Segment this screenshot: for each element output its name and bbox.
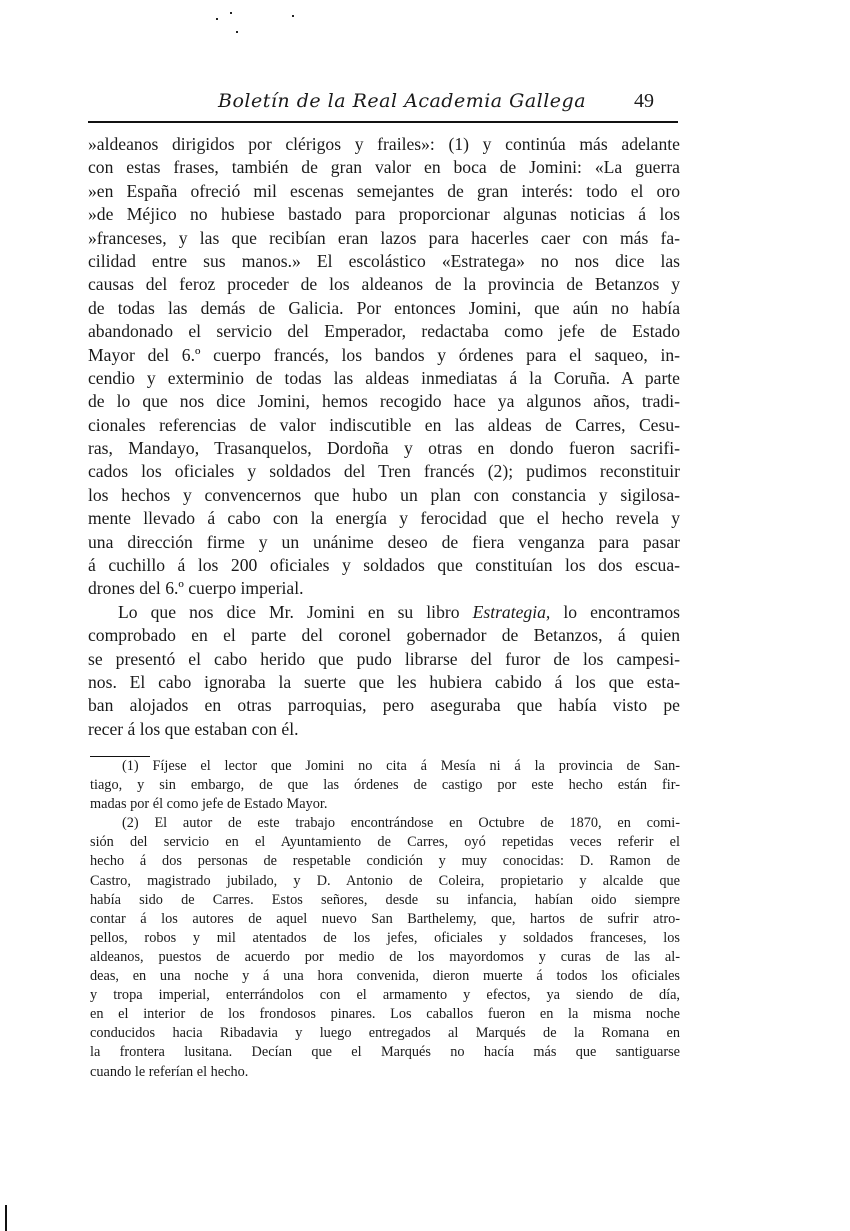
- footnote-line: Castro, magistrado jubilado, y D. Antoni…: [90, 872, 680, 891]
- text-line: Lo que nos dice Mr. Jomini en su libro E…: [88, 601, 680, 624]
- text-line: cendio y exterminio de todas las aldeas …: [88, 367, 680, 390]
- footnote-line: había sido de Carres. Estos señores, des…: [90, 891, 680, 910]
- text-line: de todas las demás de Galicia. Por enton…: [88, 297, 680, 320]
- footnote-line: cuando le referían el hecho.: [90, 1063, 680, 1082]
- footnote-line: madas por él como jefe de Estado Mayor.: [90, 795, 680, 814]
- text-line: á cuchillo á los 200 oficiales y soldado…: [88, 554, 680, 577]
- paragraph-2: Lo que nos dice Mr. Jomini en su libro E…: [88, 601, 680, 741]
- running-header: Boletín de la Real Academia Gallega 49: [88, 86, 678, 120]
- text-line: una dirección firme y un unánime deseo d…: [88, 531, 680, 554]
- text-line: »franceses, y las que recibían eran lazo…: [88, 227, 680, 250]
- text-line: causas del feroz proceder de los aldeano…: [88, 273, 680, 296]
- footnote-line: tiago, y sin embargo, de que las órdenes…: [90, 776, 680, 795]
- text-line: recer á los que estaban con él.: [88, 718, 680, 741]
- scan-margin-mark: [5, 1205, 7, 1231]
- header-rule: [88, 121, 678, 123]
- journal-title: Boletín de la Real Academia Gallega: [218, 90, 586, 112]
- text-line: ras, Mandayo, Trasanquelos, Dordoña y ot…: [88, 437, 680, 460]
- book-title: Estrategia,: [473, 602, 551, 622]
- text-run: Lo que nos dice Mr. Jomini en su libro: [118, 602, 473, 622]
- paragraph-1: »aldeanos dirigidos por clérigos y frail…: [88, 133, 680, 601]
- footnote-line: en el interior de los frondosos pinares.…: [90, 1005, 680, 1024]
- page-number: 49: [634, 90, 654, 113]
- scan-speck: [216, 18, 218, 20]
- footnote-line: la frontera lusitana. Decían que el Marq…: [90, 1043, 680, 1062]
- text-line: »de Méjico no hubiese bastado para propo…: [88, 203, 680, 226]
- text-line: comprobado en el parte del coronel gober…: [88, 624, 680, 647]
- text-line: abandonado el servicio del Emperador, re…: [88, 320, 680, 343]
- footnote-line: (2) El autor de este trabajo encontrándo…: [90, 814, 680, 833]
- footnote-1: (1) Fíjese el lector que Jomini no cita …: [90, 757, 680, 814]
- document-page: Boletín de la Real Academia Gallega 49 »…: [0, 0, 850, 1231]
- footnote-line: (1) Fíjese el lector que Jomini no cita …: [90, 757, 680, 776]
- body-text: »aldeanos dirigidos por clérigos y frail…: [88, 133, 680, 741]
- footnote-line: conducidos hacia Ribadavia y luego entre…: [90, 1024, 680, 1043]
- scan-speck: [230, 12, 232, 14]
- text-line: Mayor del 6.º cuerpo francés, los bandos…: [88, 344, 680, 367]
- footnotes: (1) Fíjese el lector que Jomini no cita …: [90, 757, 680, 1082]
- footnote-line: hecho á dos personas de respetable condi…: [90, 852, 680, 871]
- footnote-2: (2) El autor de este trabajo encontrándo…: [90, 814, 680, 1081]
- text-line: nos. El cabo ignoraba la suerte que les …: [88, 671, 680, 694]
- text-line: los hechos y convencernos que hubo un pl…: [88, 484, 680, 507]
- text-line: de lo que nos dice Jomini, hemos recogid…: [88, 390, 680, 413]
- scan-speck: [236, 31, 238, 33]
- text-line: mente llevado á cabo con la energía y fe…: [88, 507, 680, 530]
- text-line: cilidad entre sus manos.» El escolástico…: [88, 250, 680, 273]
- footnote-line: deas, en una noche y á una hora convenid…: [90, 967, 680, 986]
- text-run: lo encontramos: [550, 602, 680, 622]
- footnote-line: sión del servicio en el Ayuntamiento de …: [90, 833, 680, 852]
- footnote-line: y tropa imperial, enterrándolos con el a…: [90, 986, 680, 1005]
- text-line: drones del 6.º cuerpo imperial.: [88, 577, 680, 600]
- text-line: con estas frases, también de gran valor …: [88, 156, 680, 179]
- text-line: se presentó el cabo herido que pudo libr…: [88, 648, 680, 671]
- text-line: cionales referencias de valor indiscutib…: [88, 414, 680, 437]
- text-line: »aldeanos dirigidos por clérigos y frail…: [88, 133, 680, 156]
- text-line: »en España ofreció mil escenas semejante…: [88, 180, 680, 203]
- footnote-line: aldeanos, puestos de acuerdo por medio d…: [90, 948, 680, 967]
- text-line: cados los oficiales y soldados del Tren …: [88, 460, 680, 483]
- footnote-line: pellos, robos y mil atentados de los jef…: [90, 929, 680, 948]
- scan-speck: [292, 15, 294, 17]
- text-line: ban alojados en otras parroquias, pero a…: [88, 694, 680, 717]
- footnote-line: contar á los autores de aquel nuevo San …: [90, 910, 680, 929]
